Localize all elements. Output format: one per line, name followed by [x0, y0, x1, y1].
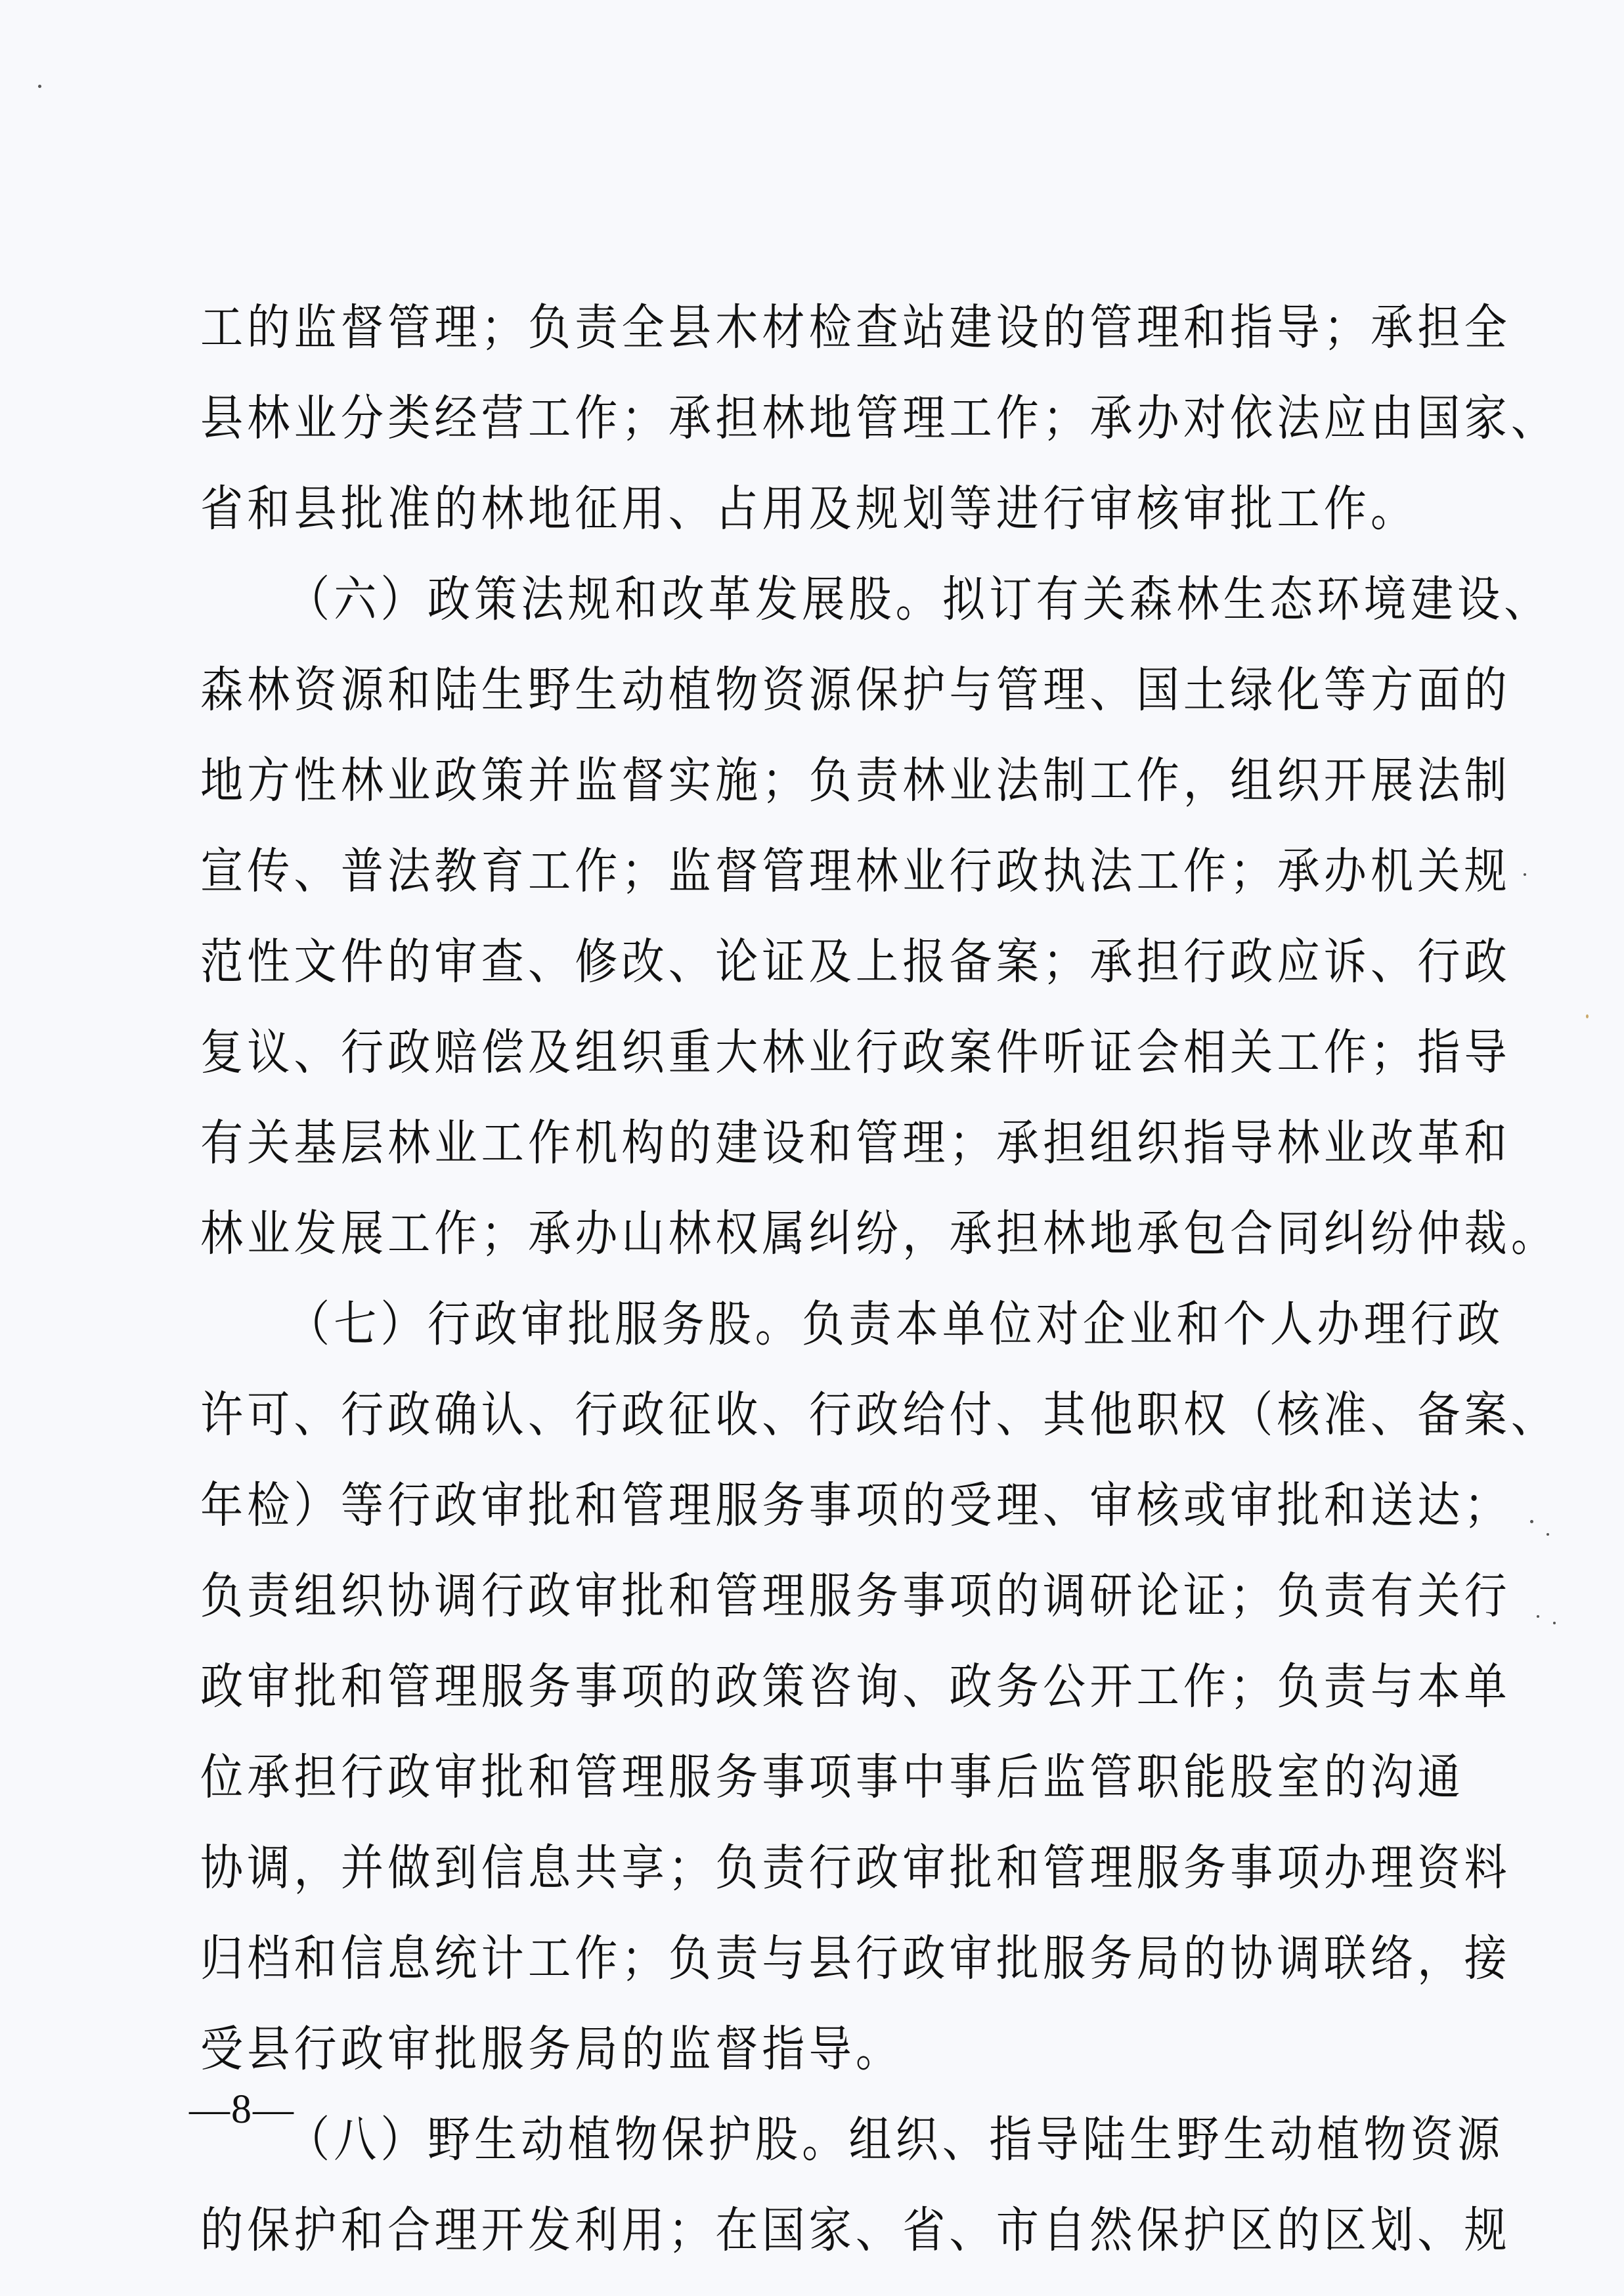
text-line: 县林业分类经营工作；承担林地管理工作；承办对依法应由国家、 — [200, 373, 1408, 464]
scan-speck — [1530, 1520, 1533, 1523]
section-heading-line: （七）行政审批服务股。负责本单位对企业和个人办理行政 — [200, 1279, 1408, 1370]
text-line: 许可、行政确认、行政征收、行政给付、其他职权（核准、备案、 — [200, 1370, 1408, 1460]
text-line: 年检）等行政审批和管理服务事项的受理、审核或审批和送达； — [200, 1460, 1408, 1551]
text-line: 林业发展工作；承办山林权属纠纷，承担林地承包合同纠纷仲裁。 — [200, 1188, 1408, 1279]
section-heading-line: （八）野生动植物保护股。组织、指导陆生野生动植物资源 — [200, 2094, 1408, 2185]
text-line: 位承担行政审批和管理服务事项事中事后监管职能股室的沟通 — [200, 1732, 1408, 1823]
page-number: —8— — [189, 2087, 295, 2133]
section-heading-line: （六）政策法规和改革发展股。拟订有关森林生态环境建设、 — [200, 554, 1408, 645]
text-line: 政审批和管理服务事项的政策咨询、政务公开工作；负责与本单 — [200, 1641, 1408, 1732]
scan-speck — [1547, 1533, 1549, 1536]
scan-speck — [1524, 873, 1526, 876]
text-line: 工的监督管理；负责全县木材检查站建设的管理和指导；承担全 — [200, 282, 1408, 373]
text-line: 范性文件的审查、修改、论证及上报备案；承担行政应诉、行政 — [200, 917, 1408, 1007]
text-line: 宣传、普法教育工作；监督管理林业行政执法工作；承办机关规 — [200, 826, 1408, 917]
text-line: 协调，并做到信息共享；负责行政审批和管理服务事项办理资料 — [200, 1823, 1408, 1913]
document-page: 工的监督管理；负责全县木材检查站建设的管理和指导；承担全 县林业分类经营工作；承… — [0, 0, 1624, 2296]
scan-speck — [1553, 1622, 1556, 1624]
text-line: 地方性林业政策并监督实施；负责林业法制工作，组织开展法制 — [200, 735, 1408, 826]
text-line: 的保护和合理开发利用；在国家、省、市自然保护区的区划、规 — [200, 2185, 1408, 2276]
text-line: 复议、行政赔偿及组织重大林业行政案件听证会相关工作；指导 — [200, 1007, 1408, 1098]
text-line: 省和县批准的林地征用、占用及规划等进行审核审批工作。 — [200, 464, 1408, 554]
text-line: 归档和信息统计工作；负责与县行政审批服务局的协调联络，接 — [200, 1913, 1408, 2004]
text-line: 有关基层林业工作机构的建设和管理；承担组织指导林业改革和 — [200, 1098, 1408, 1188]
text-line: 森林资源和陆生野生动植物资源保护与管理、国土绿化等方面的 — [200, 645, 1408, 735]
text-line: 受县行政审批服务局的监督指导。 — [200, 2004, 1408, 2094]
text-line: 负责组织协调行政审批和管理服务事项的调研论证；负责有关行 — [200, 1551, 1408, 1641]
scan-speck — [1537, 1615, 1539, 1618]
scan-speck — [1586, 1014, 1589, 1018]
scan-speck — [38, 85, 41, 88]
document-body: 工的监督管理；负责全县木材检查站建设的管理和指导；承担全 县林业分类经营工作；承… — [200, 282, 1409, 2276]
